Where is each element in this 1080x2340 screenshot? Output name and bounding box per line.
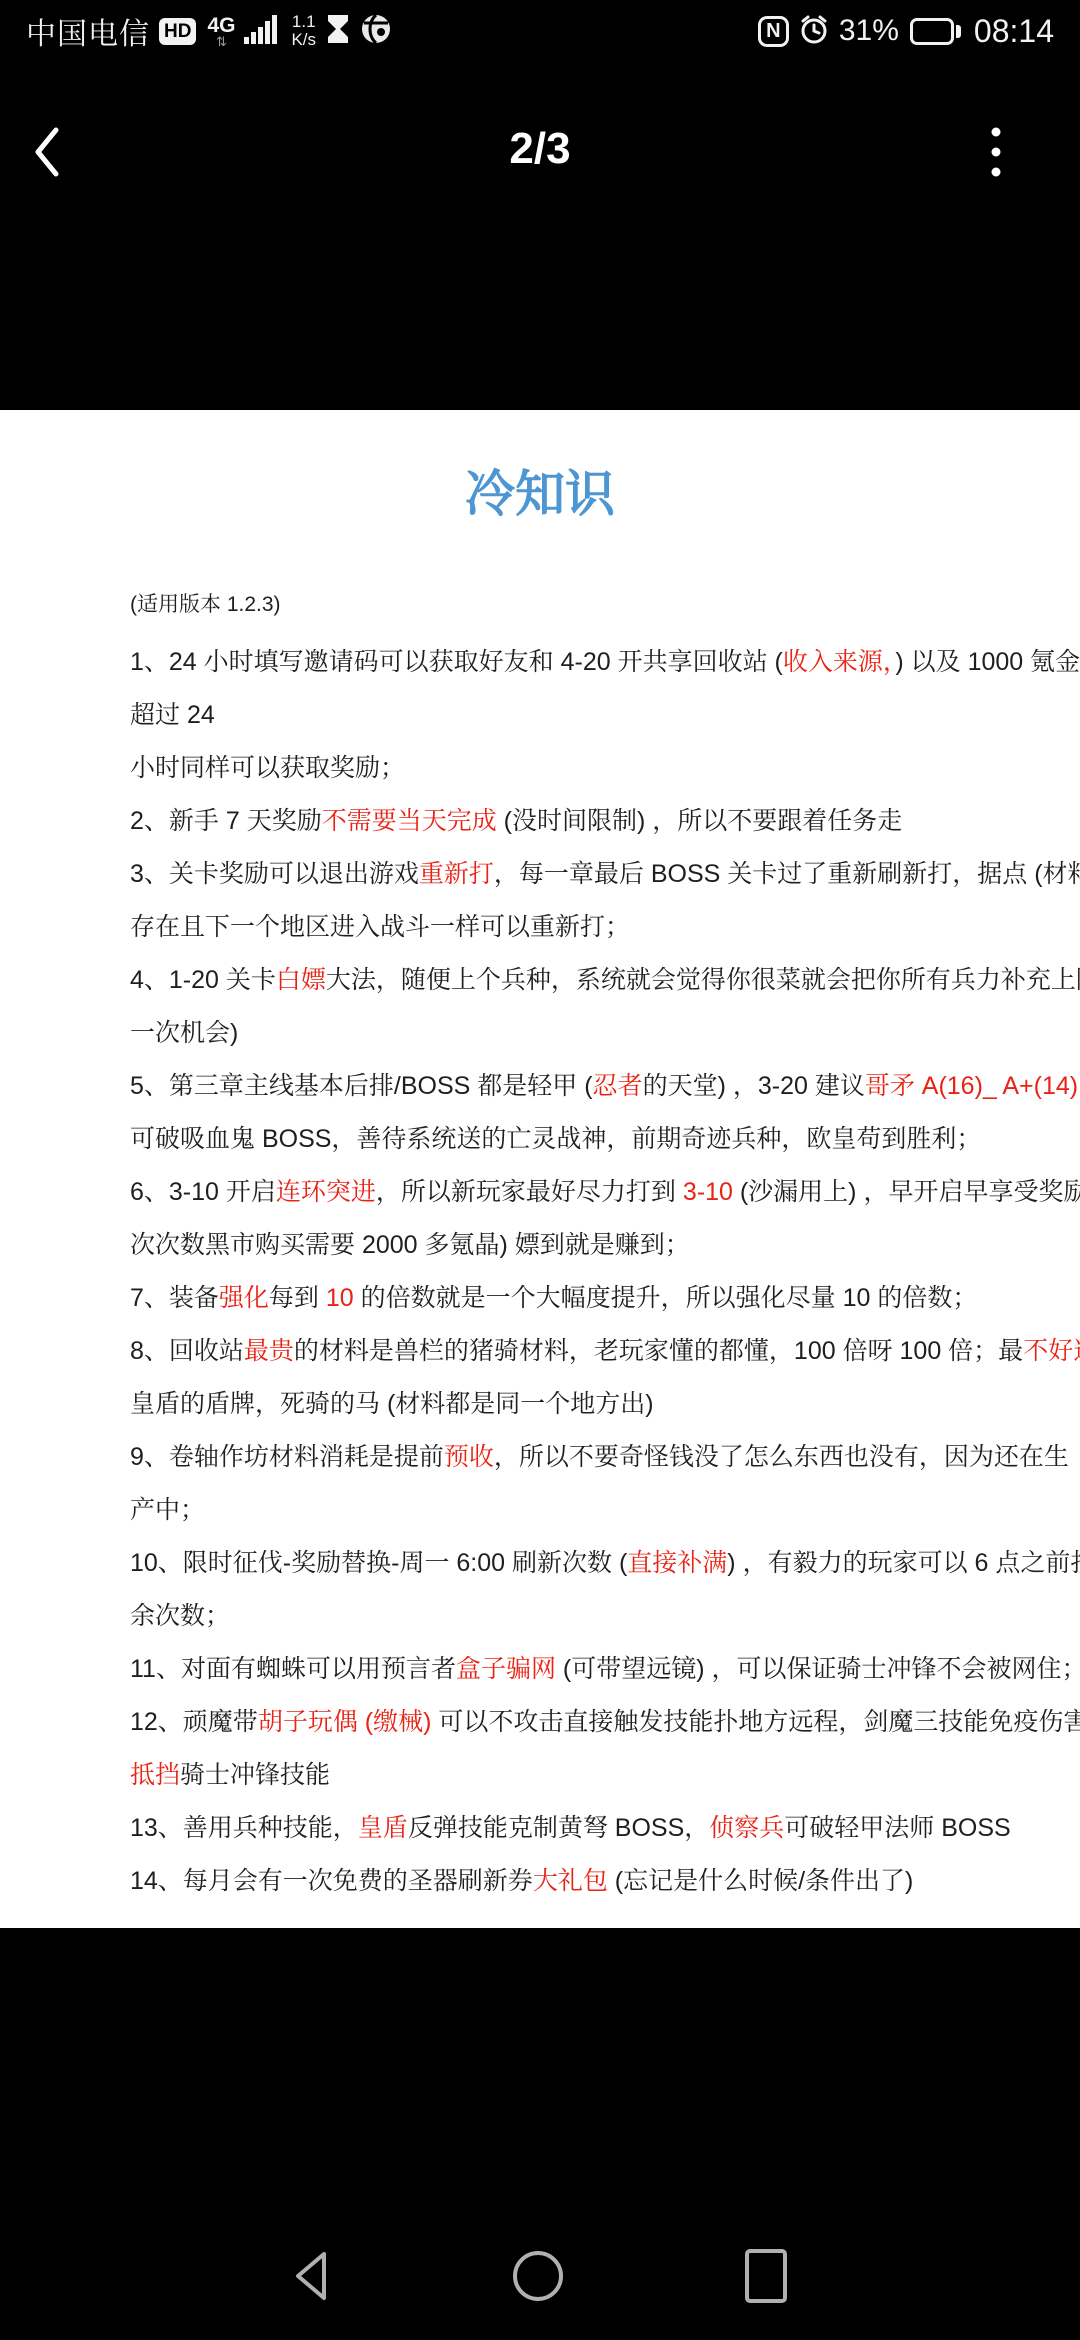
carrier-label: 中国电信 [26, 9, 150, 53]
doc-highlight-text: 盒子骗网 [456, 1655, 556, 1683]
doc-line: 产中； [130, 1484, 1024, 1537]
doc-line: 一次机会) [130, 1007, 1024, 1060]
doc-line: 次次数黑市购买需要 2000 多氪晶) 嫖到就是赚到； [130, 1219, 1024, 1272]
doc-text: 11、对面有蜘蛛可以用预言者 [130, 1655, 456, 1683]
doc-text: 3、关卡奖励可以退出游戏 [130, 860, 419, 888]
signal-bars-icon [244, 14, 278, 49]
doc-highlight-text: 不好造 [1023, 1337, 1080, 1365]
doc-text: 的材料是兽栏的猪骑材料，老玩家懂的都懂，100 倍呀 100 倍；最 [294, 1337, 1023, 1365]
doc-line: 余次数； [130, 1590, 1024, 1643]
doc-line: 12、顽魔带胡子玩偶 (缴械) 可以不攻击直接触发技能扑地方远程，剑魔三技能免疫… [130, 1696, 1024, 1749]
doc-line: 9、卷轴作坊材料消耗是提前预收，所以不要奇怪钱没了怎么东西也没有，因为还在生 [130, 1431, 1024, 1484]
document-title: 冷知识 [0, 454, 1080, 526]
battery-percent-label: 31% [839, 14, 899, 48]
doc-text: 2、新手 7 天奖励 [130, 807, 322, 835]
doc-line: 可破吸血鬼 BOSS，善待系统送的亡灵战神，前期奇迹兵种，欧皇苟到胜利； [130, 1113, 1024, 1166]
doc-highlight-text: 3-10 [683, 1178, 733, 1206]
doc-highlight-text: 强化 [219, 1284, 269, 1312]
doc-line: 6、3-10 开启连环突进，所以新玩家最好尽力打到 3-10 (沙漏用上) ，早… [130, 1166, 1024, 1219]
doc-text: (沙漏用上) ，早开启早享受奖励 (一 [733, 1178, 1080, 1206]
doc-text: 一次机会) [130, 1019, 238, 1047]
doc-line: 2、新手 7 天奖励不需要当天完成 (没时间限制) ，所以不要跟着任务走 [130, 795, 1024, 848]
doc-line: 13、善用兵种技能，皇盾反弹技能克制黄弩 BOSS，侦察兵可破轻甲法师 BOSS [130, 1802, 1024, 1855]
doc-text: 8、回收站 [130, 1337, 244, 1365]
doc-text: 10、限时征伐-奖励替换-周一 6:00 刷新次数 ( [130, 1549, 627, 1577]
doc-text: ，所以新玩家最好尽力打到 [376, 1178, 683, 1206]
doc-text: 存在且下一个地区进入战斗一样可以重新打； [130, 913, 630, 941]
doc-text: 小时同样可以获取奖励； [130, 754, 405, 782]
doc-text: 9、卷轴作坊材料消耗是提前 [130, 1443, 444, 1471]
status-bar-right: N 31% 08:14 [758, 13, 1054, 50]
doc-line: 超过 24 [130, 689, 1024, 742]
doc-line: 11、对面有蜘蛛可以用预言者盒子骗网 (可带望远镜) ，可以保证骑士冲锋不会被网… [130, 1643, 1024, 1696]
doc-text: 4、1-20 关卡 [130, 966, 276, 994]
phone-screen: 中国电信 HD 4G ⇅ 1.1 K/s [0, 0, 1080, 2340]
hourglass-icon [325, 13, 351, 50]
doc-line: 皇盾的盾牌，死骑的马 (材料都是同一个地方出) [130, 1378, 1024, 1431]
page-indicator: 2/3 [0, 124, 1080, 174]
data-arrows-icon: ⇅ [216, 35, 227, 48]
doc-text: 5、第三章主线基本后排/BOSS 都是轻甲 ( [130, 1072, 593, 1100]
status-bar: 中国电信 HD 4G ⇅ 1.1 K/s [0, 0, 1080, 58]
doc-line: 10、限时征伐-奖励替换-周一 6:00 刷新次数 (直接补满) ，有毅力的玩家… [130, 1537, 1024, 1590]
doc-text: ，所以不要奇怪钱没了怎么东西也没有，因为还在生 [494, 1443, 1069, 1471]
doc-text: 可以不攻击直接触发技能扑地方远程，剑魔三技能免疫伤害可以 [438, 1708, 1080, 1736]
doc-line: 存在且下一个地区进入战斗一样可以重新打； [130, 901, 1024, 954]
doc-text: 1、24 小时填写邀请码可以获取好友和 4-20 开共享回收站 ( [130, 648, 783, 676]
doc-text: 反弹技能克制黄弩 BOSS， [408, 1814, 709, 1842]
speed-value: 1.1 [292, 13, 316, 31]
nfc-icon: N [758, 16, 789, 47]
viewer-header: 2/3 [0, 116, 1080, 190]
doc-text: 余次数； [130, 1602, 230, 1630]
nav-recents-button[interactable] [742, 2247, 790, 2305]
more-menu-button[interactable] [990, 124, 1014, 180]
document-page-image[interactable]: 冷知识 (适用版本 1.2.3) 1、24 小时填写邀请码可以获取好友和 4-2… [0, 410, 1080, 1928]
doc-line: 14、每月会有一次免费的圣器刷新券大礼包 (忘记是什么时候/条件出了) [130, 1855, 1024, 1908]
doc-text: (没时间限制) ，所以不要跟着任务走 [497, 807, 903, 835]
doc-text: 7、装备 [130, 1284, 219, 1312]
doc-text: 每到 [269, 1284, 326, 1312]
network-type-label: 4G [207, 15, 235, 36]
doc-text: 13、善用兵种技能， [130, 1814, 358, 1842]
doc-highlight-text: 皇盾 [358, 1814, 408, 1842]
doc-text: 次次数黑市购买需要 2000 多氪晶) 嫖到就是赚到； [130, 1231, 690, 1259]
doc-text: 大法，随便上个兵种，系统就会觉得你很菜就会把你所有兵力补充上限 (只有 [326, 966, 1080, 994]
alarm-clock-icon [798, 13, 830, 50]
doc-highlight-text: 预收 [444, 1443, 494, 1471]
doc-line: 1、24 小时填写邀请码可以获取好友和 4-20 开共享回收站 (收入来源，) … [130, 636, 1024, 689]
network-speed: 1.1 K/s [291, 13, 316, 49]
doc-line: 5、第三章主线基本后排/BOSS 都是轻甲 (忍者的天堂) ，3-20 建议哥矛… [130, 1060, 1024, 1113]
doc-highlight-text: 胡子玩偶 (缴械) [258, 1708, 439, 1736]
doc-highlight-text: 连环突进 [276, 1178, 376, 1206]
doc-line: 3、关卡奖励可以退出游戏重新打，每一章最后 BOSS 关卡过了重新刷新打，据点 … [130, 848, 1024, 901]
doc-highlight-text: 直接补满 [627, 1549, 727, 1577]
doc-text: 可破轻甲法师 BOSS [784, 1814, 1010, 1842]
doc-highlight-text: 重新打 [419, 860, 494, 888]
doc-highlight-text: 白嫖 [276, 966, 326, 994]
doc-text: 的天堂) ，3-20 建议 [643, 1072, 865, 1100]
doc-highlight-text: 最贵 [244, 1337, 294, 1365]
doc-line: 4、1-20 关卡白嫖大法，随便上个兵种，系统就会觉得你很菜就会把你所有兵力补充… [130, 954, 1024, 1007]
doc-text: 皇盾的盾牌，死骑的马 (材料都是同一个地方出) [130, 1390, 654, 1418]
speed-unit: K/s [291, 31, 316, 49]
nav-home-button[interactable] [510, 2248, 566, 2304]
android-nav-bar [0, 2212, 1080, 2340]
doc-highlight-text: 哥矛 A(16)_ A+(14) [865, 1072, 1078, 1100]
doc-line: 8、回收站最贵的材料是兽栏的猪骑材料，老玩家懂的都懂，100 倍呀 100 倍；… [130, 1325, 1024, 1378]
battery-icon [910, 18, 961, 45]
browser-globe-icon [360, 13, 392, 50]
doc-highlight-text: 收入来源， [783, 648, 896, 676]
doc-text: (可带望远镜) ，可以保证骑士冲锋不会被网住； [556, 1655, 1080, 1683]
doc-line: 小时同样可以获取奖励； [130, 742, 1024, 795]
version-note: (适用版本 1.2.3) [130, 588, 1080, 618]
doc-text: (忘记是什么时候/条件出了) [608, 1867, 914, 1895]
doc-highlight-text: 不需要当天完成 [322, 807, 497, 835]
doc-highlight-text: 侦察兵 [709, 1814, 784, 1842]
doc-text: 可破吸血鬼 BOSS，善待系统送的亡灵战神，前期奇迹兵种，欧皇苟到胜利； [130, 1125, 981, 1153]
doc-text: 12、顽魔带 [130, 1708, 258, 1736]
doc-text: 6、3-10 开启 [130, 1178, 276, 1206]
doc-highlight-text: 抵挡 [130, 1761, 180, 1789]
doc-text: 产中； [130, 1496, 205, 1524]
doc-text: 超过 24 [130, 701, 215, 729]
doc-text: ，每一章最后 BOSS 关卡过了重新刷新打，据点 (材料来源) [494, 860, 1080, 888]
doc-line: 7、装备强化每到 10 的倍数就是一个大幅度提升，所以强化尽量 10 的倍数； [130, 1272, 1024, 1325]
doc-text: ) 以及 1000 氪金奖励， [895, 648, 1080, 676]
doc-text: 骑士冲锋技能 [180, 1761, 330, 1789]
doc-highlight-text: 10 [326, 1284, 354, 1312]
doc-text: 的倍数就是一个大幅度提升，所以强化尽量 10 的倍数； [354, 1284, 978, 1312]
nav-back-button[interactable] [290, 2248, 334, 2304]
doc-highlight-text: 大礼包 [533, 1867, 608, 1895]
doc-line: 抵挡骑士冲锋技能 [130, 1749, 1024, 1802]
hd-badge: HD [159, 18, 196, 45]
doc-highlight-text: 忍者 [593, 1072, 643, 1100]
clock-label: 08:14 [974, 13, 1054, 50]
status-bar-left: 中国电信 HD 4G ⇅ 1.1 K/s [26, 9, 392, 53]
network-indicator: 4G ⇅ [207, 15, 235, 48]
document-lines: 1、24 小时填写邀请码可以获取好友和 4-20 开共享回收站 (收入来源，) … [0, 636, 1080, 1908]
doc-text: 14、每月会有一次免费的圣器刷新券 [130, 1867, 533, 1895]
doc-text: ) ，有毅力的玩家可以 6 点之前打完剩 [727, 1549, 1080, 1577]
